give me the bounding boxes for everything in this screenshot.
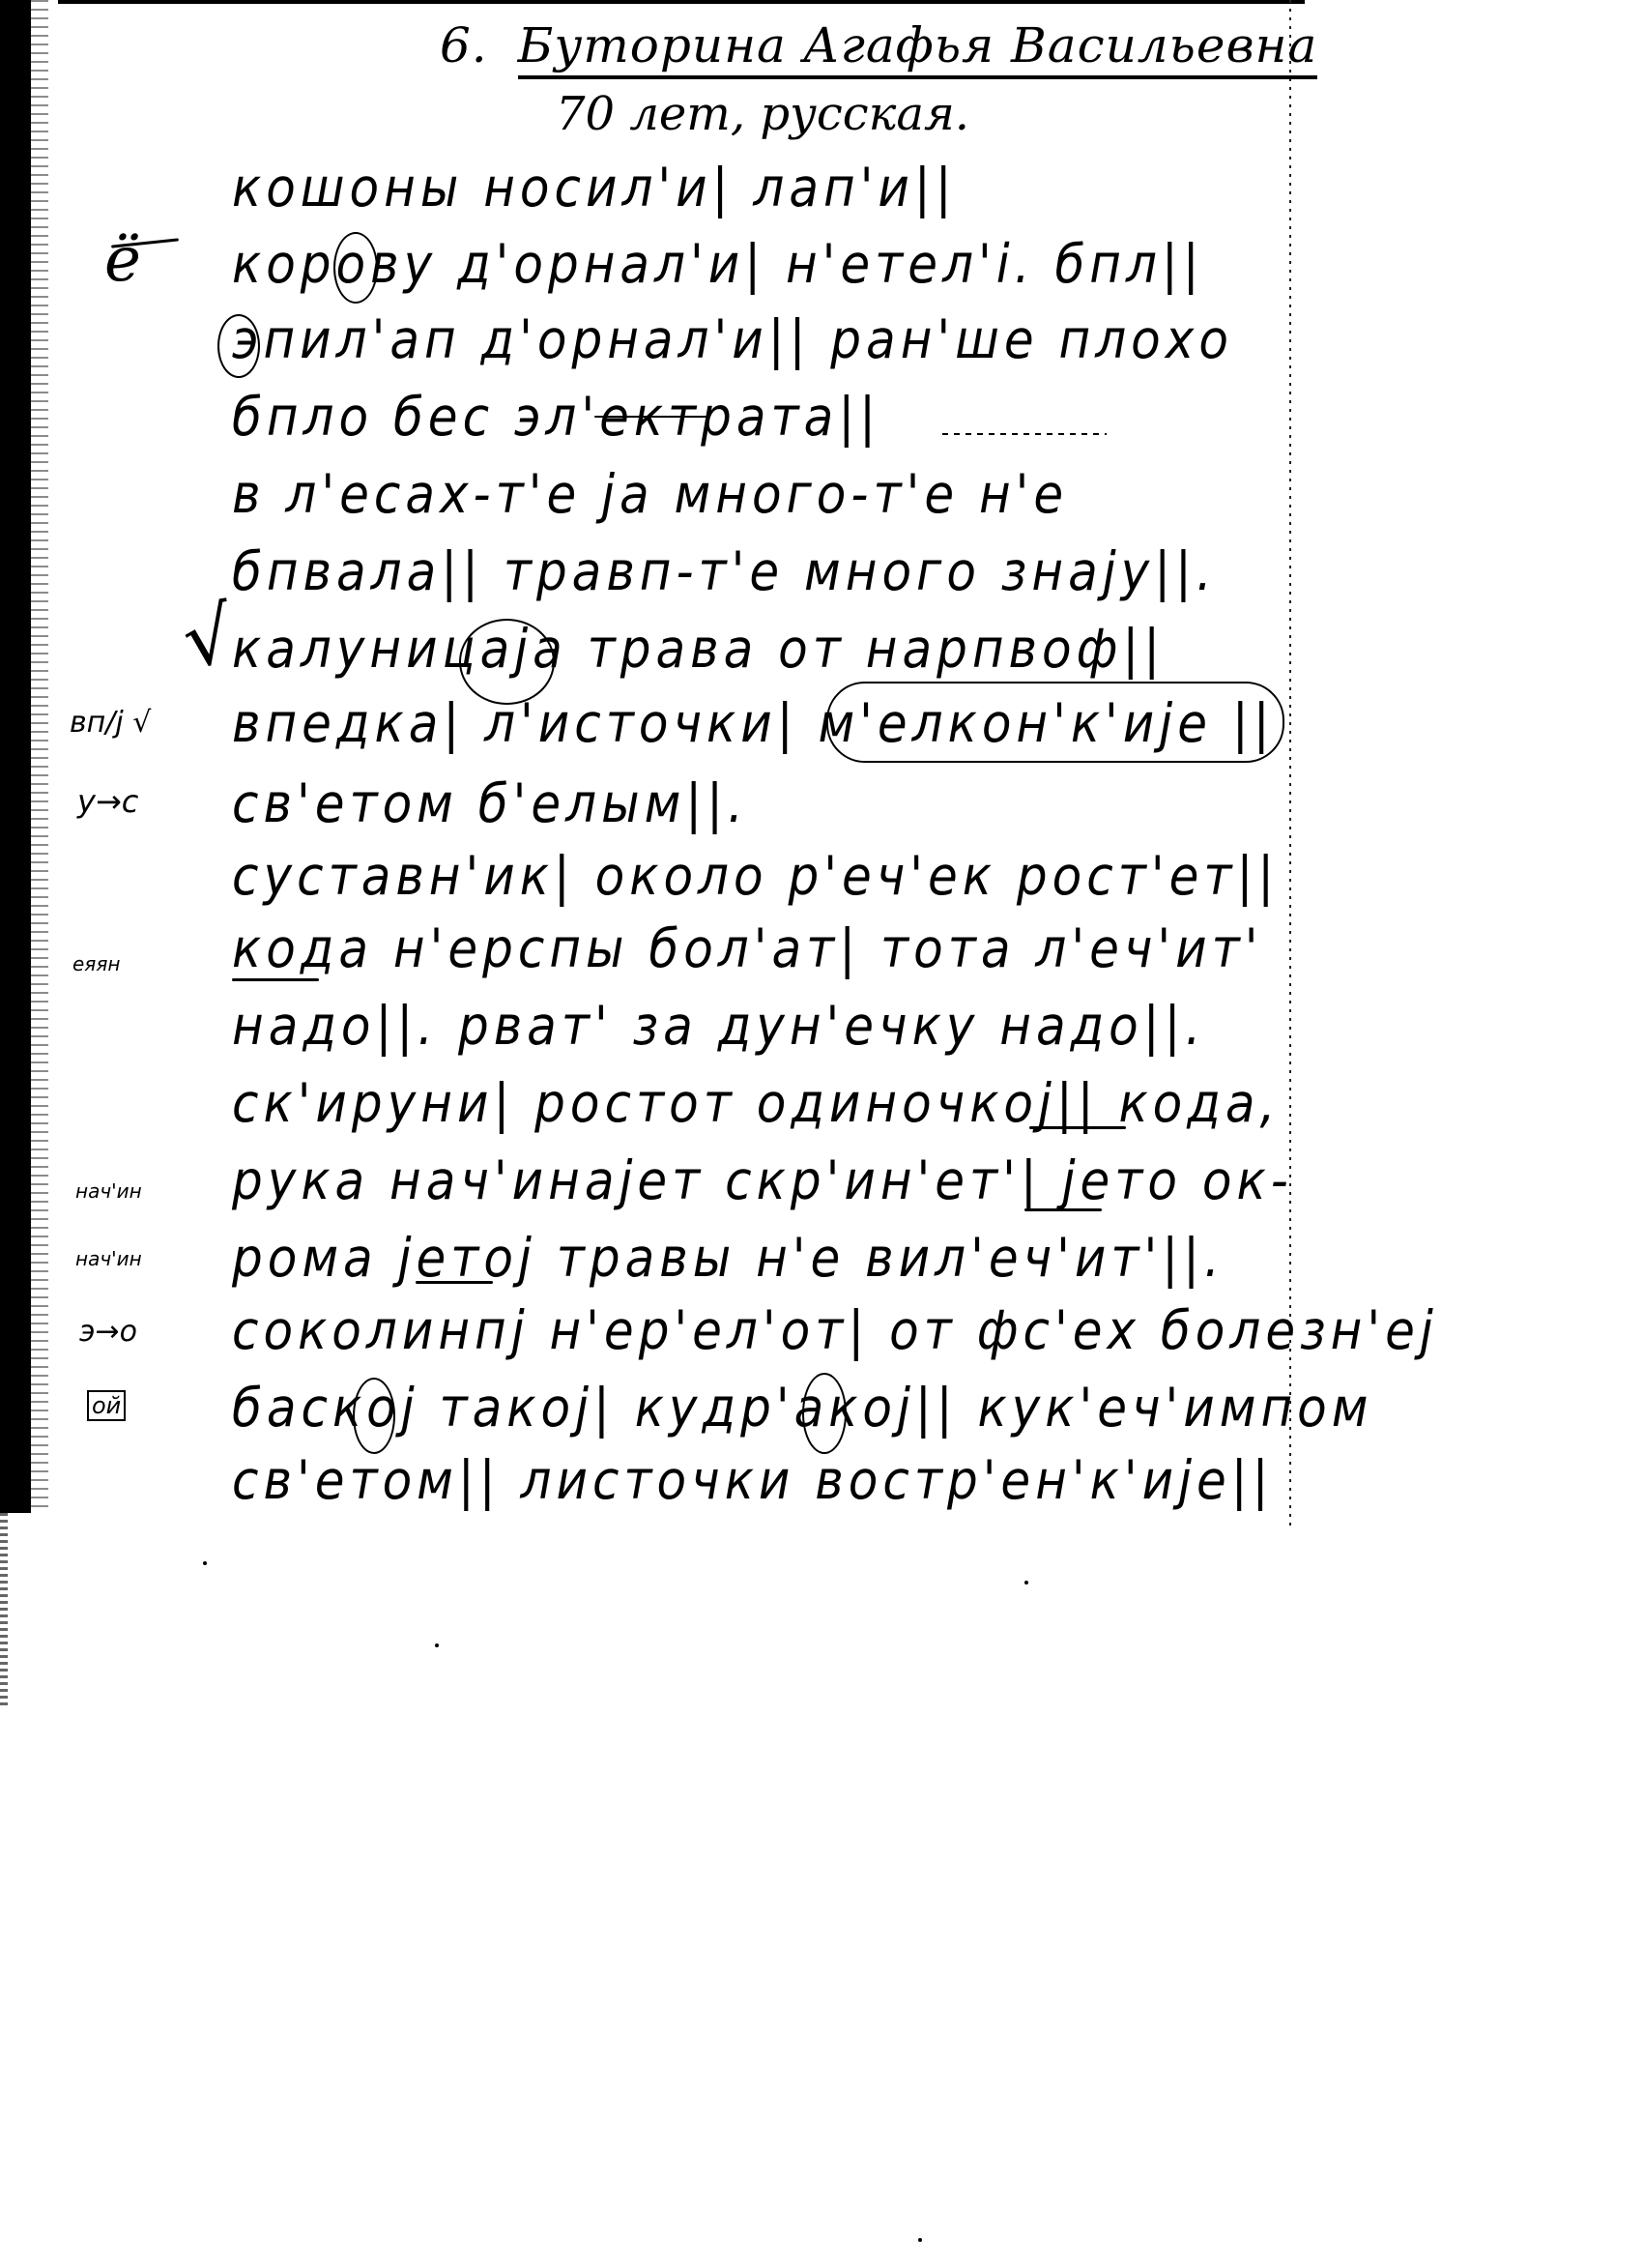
transcript-line-4: бпло бес эл'ектрата|| (232, 386, 880, 448)
circle-annotation-e (217, 314, 260, 378)
underline-bes (594, 416, 710, 418)
transcript-line-10: суставн'ик| около р'еч'ек рост'ет|| (232, 845, 1279, 907)
circle-annotation-o (333, 232, 378, 304)
boxed-oi: ой (87, 1390, 126, 1421)
circle-annotation-melkonkije (826, 682, 1284, 763)
page-title: 6. Буторина Агафья Васильевна (440, 17, 1317, 73)
scan-speck (1024, 1581, 1028, 1585)
transcript-line-3: эпил'ап д'орнал'и|| ран'ше плохо (232, 308, 1233, 370)
informant-details: 70 лет, русская. (556, 87, 969, 141)
underline-jeto (1024, 1208, 1102, 1211)
transcript-line-12: надо||. рват' за дун'ечку надо||. (232, 995, 1205, 1057)
transcript-line-16: соколинпј н'ер'ел'от| от фс'ех болезн'еј (232, 1299, 1438, 1361)
circle-annotation-aja (459, 619, 555, 705)
scan-top-edge (58, 0, 1305, 4)
margin-note-nachin-1: нач'ин (75, 1179, 142, 1203)
underline-koda-2 (1029, 1126, 1126, 1129)
margin-note-checkmark: вп/ј √ (70, 706, 151, 740)
circle-annotation-oj-1 (353, 1378, 395, 1454)
transcript-line-18: св'етом|| листочки востр'ен'к'ије|| (232, 1449, 1273, 1511)
scan-smudge (942, 433, 1107, 435)
transcript-line-13: ск'ируни| ростот одиночкој|| кода, (232, 1072, 1280, 1134)
transcript-line-5: в л'есах-т'е ја много-т'е н'е (232, 463, 1068, 525)
scan-speck (435, 1643, 439, 1647)
transcript-line-9: св'етом б'елым||. (232, 772, 748, 834)
circle-annotation-oj-2 (802, 1373, 847, 1454)
scan-edge-lower (0, 1513, 8, 1706)
margin-note-oi-boxed: ой (87, 1392, 126, 1419)
transcript-line-1: кошоны носил'и| лап'и|| (232, 157, 957, 218)
page-right-edge (1289, 0, 1291, 1527)
margin-note-eyan: еяян (72, 952, 120, 975)
informant-name: Буторина Агафья Васильевна (518, 17, 1318, 79)
transcript-line-7: калуницаја трава от нарпвоф|| (232, 618, 1165, 680)
transcript-line-11: кода н'ерспы бол'ат| тота л'еч'ит' (232, 917, 1263, 979)
underline-jetoj (416, 1281, 493, 1284)
margin-note-u-to-s: у→с (77, 783, 138, 820)
checkmark-icon: √ (177, 596, 239, 681)
scan-speck (203, 1561, 207, 1565)
transcript-line-15: рома јетој травы н'е вил'еч'ит'||. (232, 1227, 1225, 1289)
entry-number: 6. (440, 17, 488, 73)
margin-note-yo: ё (104, 224, 141, 296)
scan-black-edge (0, 0, 31, 1513)
scan-edge-fringe (31, 0, 48, 1513)
margin-note-e-to-o: э→о (79, 1315, 137, 1349)
transcript-line-6: бпвала|| травп-т'е много знају||. (232, 540, 1217, 602)
underline-koda-1 (232, 978, 319, 981)
margin-note-nachin-2: нач'ин (75, 1247, 142, 1270)
transcript-line-14: рука нач'инајет скр'ин'ет'| јето ок- (232, 1149, 1293, 1211)
scan-speck (918, 2238, 922, 2242)
